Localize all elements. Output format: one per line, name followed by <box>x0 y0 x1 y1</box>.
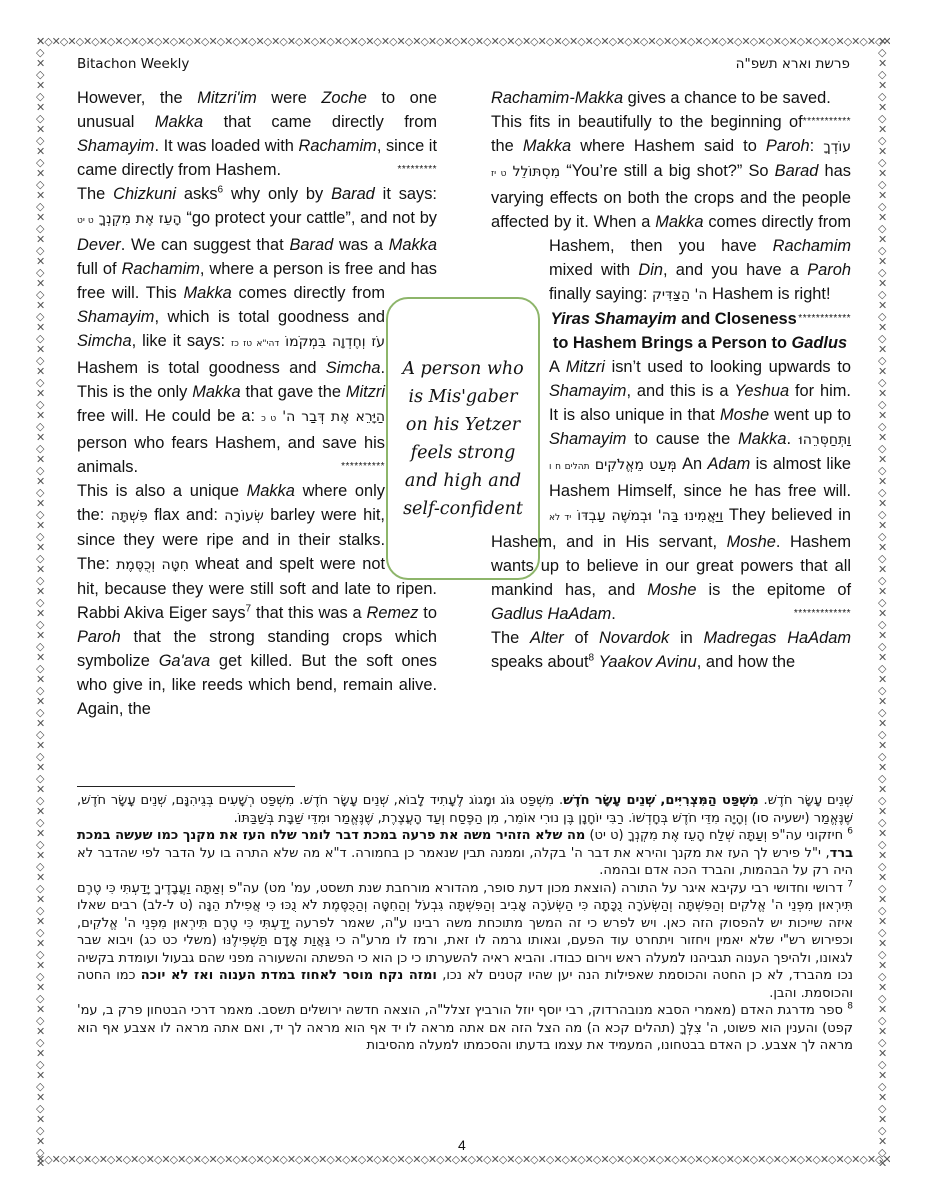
hebrew-quote: וַיַּאֲמִינוּ בַּה' וּבְמשֶׁה עַבְדּוֹ <box>577 508 723 524</box>
term: Ga'ava <box>159 652 210 670</box>
text: why only by <box>223 185 331 203</box>
text: The <box>491 629 530 647</box>
text: finally saying: <box>549 285 652 303</box>
term: Paroh <box>807 261 851 279</box>
term: Makka <box>523 137 571 155</box>
term: Remez <box>367 604 419 622</box>
term: Yaakov Avinu <box>599 653 697 671</box>
term: Barad <box>289 236 333 254</box>
term: Makka <box>247 482 295 500</box>
term: Shamayim <box>549 430 626 448</box>
paragraph: However, the Mitzri'im were Zoche to one… <box>77 86 437 182</box>
term: Paroh <box>766 137 810 155</box>
hebrew-quote: עֹז וְחֶדְוָה בִּמְקֹמוֹ <box>285 334 385 350</box>
footnote-text: חיזקוני עה"פ וְעַתָּה שְׁלַח הָעֵז אֶת מ… <box>585 828 847 843</box>
term: Moshe <box>647 581 696 599</box>
text: of <box>564 629 599 647</box>
right-column: Rachamim-Makka gives a chance to be save… <box>491 86 851 674</box>
term: Alter <box>530 629 564 647</box>
footnote-number: 6 <box>847 827 853 837</box>
border-pattern-top: ✕◇✕◇✕◇✕◇✕◇✕◇✕◇✕◇✕◇✕◇✕◇✕◇✕◇✕◇✕◇✕◇✕◇✕◇✕◇✕◇… <box>36 36 890 48</box>
term: Rachamim-Makka <box>491 89 623 107</box>
text: . We can suggest that <box>121 236 290 254</box>
text: asks <box>176 185 218 203</box>
text: to <box>418 604 437 622</box>
term: Moshe <box>720 406 769 424</box>
paragraph: This is also a unique Makka where only t… <box>77 479 437 721</box>
term: Makka <box>738 430 786 448</box>
term: Madregas HaAdam <box>704 629 851 647</box>
text: speaks about <box>491 653 589 671</box>
term: Mitzri <box>566 358 605 376</box>
verse-reference: ט כ <box>261 414 276 424</box>
hebrew-quote: הָעֵז אֶת מִקְנְךָ <box>98 211 181 227</box>
verse-reference: ט יט <box>77 216 94 226</box>
text: . It was loaded with <box>154 137 298 155</box>
verse-reference: דהי"א טז כז <box>231 339 279 349</box>
text: This is also a unique <box>77 482 247 500</box>
text: isn’t used to looking upwards to <box>605 358 851 376</box>
term: Chizkuni <box>113 185 176 203</box>
term: Din <box>638 261 663 279</box>
text: , and you have a <box>663 261 807 279</box>
spacer <box>491 234 549 519</box>
term: Mitzri <box>346 383 385 401</box>
text: that came directly from <box>203 113 437 131</box>
paragraph: The Chizkuni asks6 why only by Barad it … <box>77 182 437 479</box>
left-column: However, the Mitzri'im were Zoche to one… <box>77 86 437 721</box>
text: , like it says: <box>132 332 231 350</box>
hebrew-word: חִטָּה וְכֻסֶּמֶת <box>116 557 189 573</box>
term: Shamayim <box>77 308 154 326</box>
text: person who fears Hashem, and save his an… <box>77 434 385 476</box>
border-pattern-right: ✕◇✕◇✕◇✕◇✕◇✕◇✕◇✕◇✕◇✕◇✕◇✕◇✕◇✕◇✕◇✕◇✕◇✕◇✕◇✕◇… <box>878 36 890 1166</box>
term: Simcha <box>326 359 381 377</box>
hebrew-word: שְׂעוֹרָה <box>224 508 264 524</box>
footnote-continuation: שְׁנֵים עָשָׂר חֹדֶשׁ. מִשְׁפַּט הַמִּצְ… <box>77 792 853 827</box>
text: comes directly from <box>232 284 385 302</box>
term: Barad <box>331 185 375 203</box>
text: gives a chance to be saved. <box>623 89 831 107</box>
section-separator-stars: ********* <box>397 158 437 182</box>
section-separator-stars: ********** <box>341 455 385 479</box>
term: Shamayim <box>77 137 154 155</box>
text: went up to <box>769 406 851 424</box>
parsha-title: פרשת וארא תשפ"ה <box>736 56 850 72</box>
text: : <box>810 137 824 155</box>
text: An <box>677 455 708 473</box>
paragraph: Rachamim-Makka gives a chance to be save… <box>491 86 851 110</box>
text: However, the <box>77 89 197 107</box>
publication-title: Bitachon Weekly <box>77 56 189 72</box>
text: Hashem is total goodness and <box>77 359 326 377</box>
term: Moshe <box>727 533 776 551</box>
paragraph: The Alter of Novardok in Madregas HaAdam… <box>491 626 851 674</box>
text: is the epitome of <box>696 581 851 599</box>
paragraph: This fits in beautifully to the beginnin… <box>491 110 851 307</box>
footnote-6: 6 חיזקוני עה"פ וְעַתָּה שְׁלַח הָעֵז אֶת… <box>77 827 853 880</box>
footnote-number: 8 <box>847 1002 853 1012</box>
text: was a <box>333 236 389 254</box>
term: Zoche <box>321 89 367 107</box>
section-separator-stars: ************ <box>798 307 851 331</box>
text: were <box>257 89 322 107</box>
border-pattern-bottom: ✕◇✕◇✕◇✕◇✕◇✕◇✕◇✕◇✕◇✕◇✕◇✕◇✕◇✕◇✕◇✕◇✕◇✕◇✕◇✕◇… <box>36 1154 890 1166</box>
section-separator-stars: ************* <box>794 602 851 626</box>
text: that this was a <box>251 604 366 622</box>
heading-term: Yiras Shamayim <box>551 310 677 328</box>
page-number: 4 <box>458 1137 466 1153</box>
text: it says: <box>375 185 437 203</box>
text: full of <box>77 260 122 278</box>
verse-reference: ט יז <box>491 169 506 179</box>
heading-term: Gadlus <box>792 334 848 352</box>
term: Paroh <box>77 628 121 646</box>
footnote-bold-text: מִשְׁפַּט הַמִּצְרִיִּים, שְׁנֵים עָשָׂר… <box>563 793 758 808</box>
text: flax and: <box>148 506 225 524</box>
verse-reference: תהלים ח ו <box>549 462 590 472</box>
hebrew-quote: ה' הַצַּדִּיק <box>652 287 708 303</box>
term: Barad <box>775 162 819 180</box>
text: . <box>611 605 616 623</box>
text: The <box>77 185 113 203</box>
footnote-number: 7 <box>847 879 853 889</box>
section-separator-stars: *********** <box>803 110 851 134</box>
footnote-8: 8 ספר מדרגת האדם (מאמרי הסבא מנובהרדוק, … <box>77 1002 853 1055</box>
footnotes-section: שְׁנֵים עָשָׂר חֹדֶשׁ. מִשְׁפַּט הַמִּצְ… <box>77 792 853 1055</box>
hebrew-word: פִּשְׁתָּה <box>111 508 148 524</box>
footnote-bold-text: ומזה נקח מוסר לאחוז במדת הענוה ואז לא יו… <box>141 968 437 983</box>
footnote-text: , י"ל פירש לך העז את מקנך והירא את דבר ה… <box>77 846 853 879</box>
text: where Hashem said to <box>571 137 766 155</box>
footnote-separator-line <box>77 786 295 787</box>
text: to cause the <box>626 430 738 448</box>
term: Simcha <box>77 332 132 350</box>
term: Makka <box>655 213 703 231</box>
term: Shamayim <box>549 382 626 400</box>
term: Rachamim <box>299 137 377 155</box>
border-pattern-left: ✕◇✕◇✕◇✕◇✕◇✕◇✕◇✕◇✕◇✕◇✕◇✕◇✕◇✕◇✕◇✕◇✕◇✕◇✕◇✕◇… <box>36 36 48 1166</box>
text: “You’re still a big shot?” So <box>560 162 775 180</box>
text: in <box>669 629 703 647</box>
term: Gadlus HaAdam <box>491 605 611 623</box>
text: “go protect your cattle”, and not by <box>182 209 437 227</box>
term: Makka <box>183 284 231 302</box>
text: . <box>786 430 798 448</box>
term: Rachamim <box>122 260 200 278</box>
term: Novardok <box>599 629 669 647</box>
text: , which is total goodness and <box>154 308 385 326</box>
text: , and how the <box>697 653 795 671</box>
verse-reference: יד לא <box>549 513 571 523</box>
term: Rachamim <box>773 237 851 255</box>
term: Dever <box>77 236 121 254</box>
term: Makka <box>389 236 437 254</box>
footnote-text: שְׁנֵים עָשָׂר חֹדֶשׁ. <box>759 793 853 808</box>
term: Mitzri'im <box>197 89 257 107</box>
text: Hashem is right! <box>708 285 831 303</box>
footnote-text: ספר מדרגת האדם (מאמרי הסבא מנובהרדוק, רב… <box>77 1003 853 1053</box>
term: Makka <box>155 113 203 131</box>
text: free will. He could be a: <box>77 407 261 425</box>
text: mixed with <box>549 261 638 279</box>
hebrew-quote: הַיָּרֵא אֶת דְּבַר ה' <box>282 409 385 425</box>
footnote-7: 7 דרושי וחדושי רבי עקיבא איגר על התורה (… <box>77 880 853 1003</box>
text: A <box>549 358 566 376</box>
term: Makka <box>192 383 240 401</box>
term: Yeshua <box>734 382 789 400</box>
text: that gave the <box>241 383 346 401</box>
text: , and this is a <box>626 382 734 400</box>
term: Adam <box>707 455 750 473</box>
